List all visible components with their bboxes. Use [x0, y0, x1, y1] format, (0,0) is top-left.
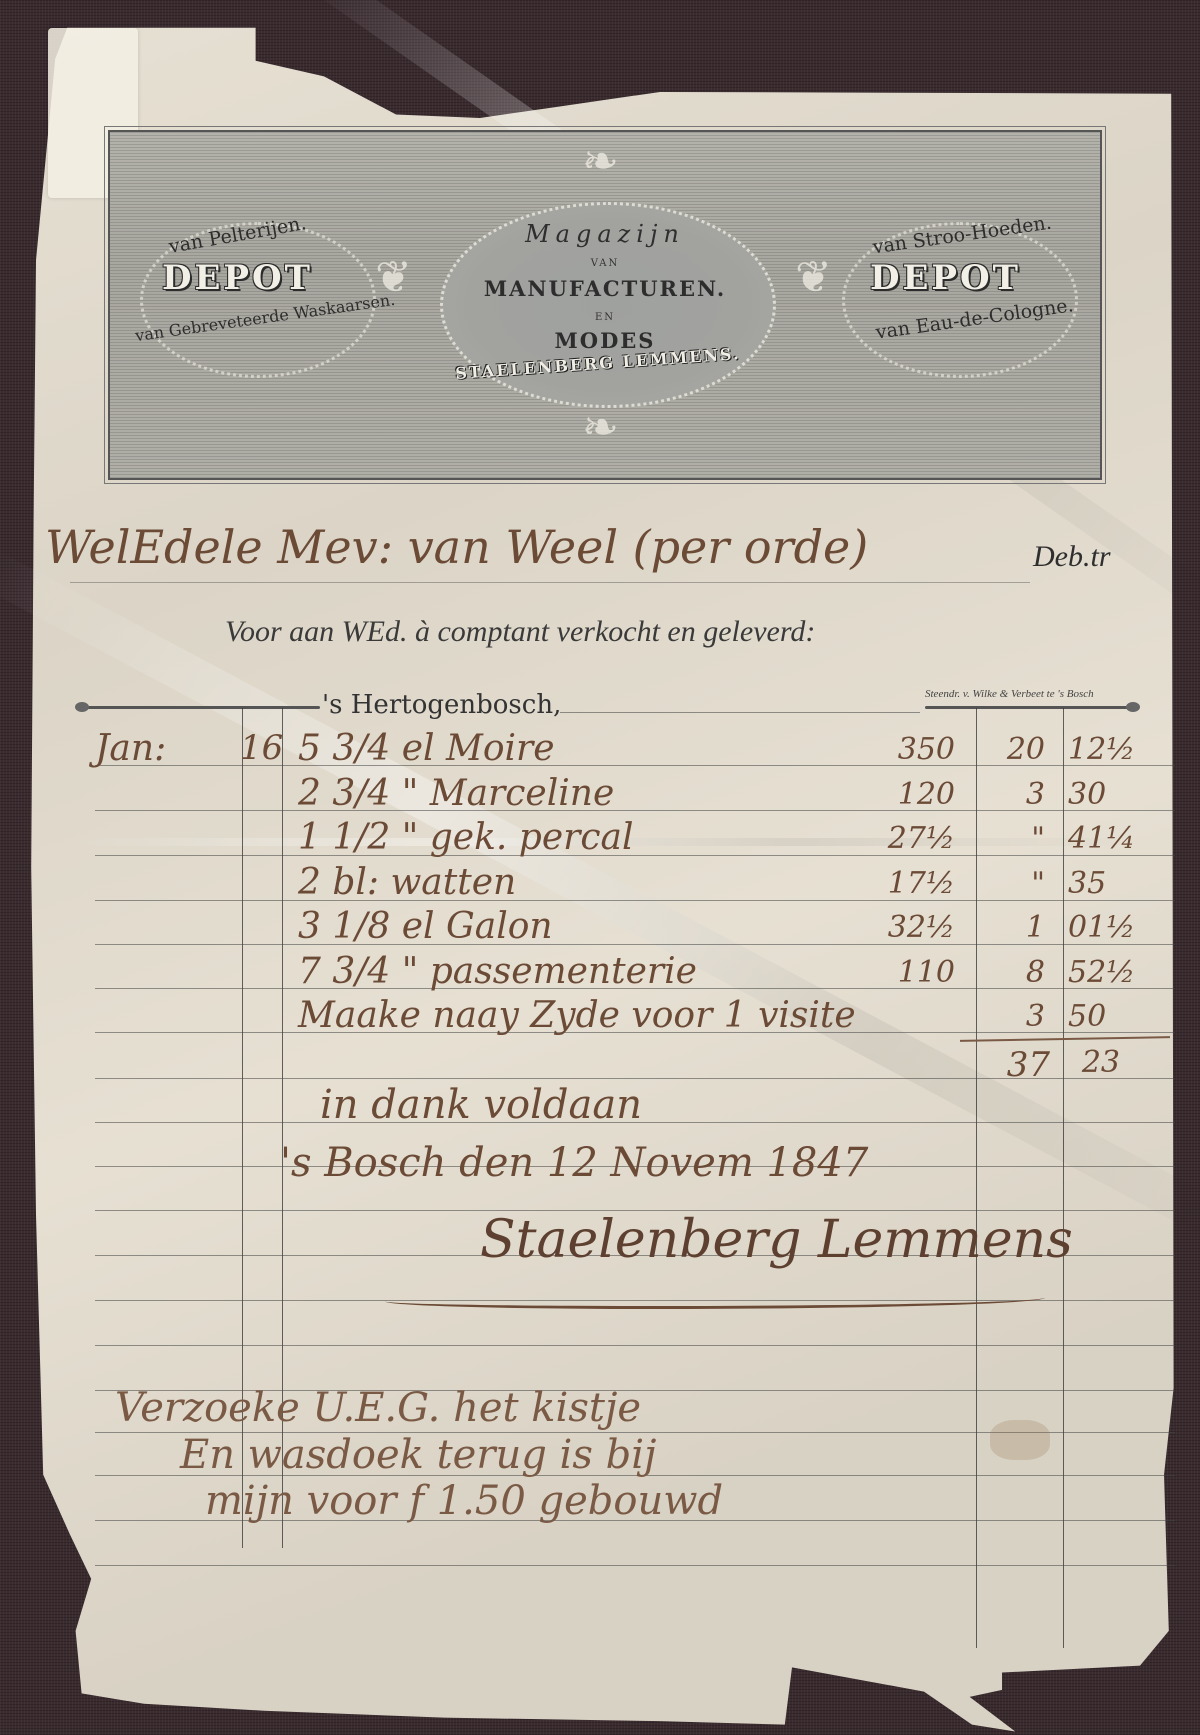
manufacturen-label: MANUFACTUREN. [440, 276, 770, 301]
place-rule [560, 712, 920, 713]
note-line-3: mijn voor f 1.50 gebouwd [205, 1478, 723, 1524]
entry-guilders: " [985, 821, 1045, 856]
entry-guilders: 3 [985, 777, 1045, 812]
entry-guilders: 1 [985, 910, 1045, 945]
ruled-line [95, 1345, 1175, 1346]
entry-price: 32½ [860, 910, 955, 945]
entry-cents: 52½ [1068, 955, 1138, 990]
addressee-line: WelEdele Mev: van Weel (per orde) [45, 520, 868, 574]
entry-cents: 35 [1068, 866, 1138, 901]
entry-description: 1 1/2 " gek. percal [298, 817, 633, 858]
right-depot-title: DEPOT [870, 258, 1021, 298]
total-cents: 23 [1070, 1045, 1120, 1080]
ruled-line [95, 1565, 1175, 1566]
addressee-rule [70, 582, 1030, 583]
magazijn-label: Magazijn [440, 220, 770, 248]
entry-description: 2 bl: watten [298, 862, 516, 903]
total-guilders: 37 [990, 1045, 1050, 1085]
place-label: 's Hertogenbosch, [322, 690, 561, 720]
entry-guilders: " [985, 866, 1045, 901]
entry-guilders: 20 [985, 732, 1045, 767]
entry-description: 2 3/4 " Marceline [298, 773, 614, 814]
left-depot-title: DEPOT [162, 258, 313, 298]
entry-description: 3 1/8 el Galon [298, 906, 553, 947]
cents-column-line [1063, 708, 1064, 1648]
entry-description: 7 3/4 " passementerie [298, 951, 697, 992]
scroll-ornament-icon: ❦ [795, 252, 832, 303]
entry-price: 350 [860, 732, 955, 767]
right-rod-ornament [925, 706, 1130, 709]
entry-price: 17½ [860, 866, 955, 901]
entry-price: 110 [860, 955, 955, 990]
entry-price: 27½ [860, 821, 955, 856]
en-label: EN [440, 312, 770, 323]
entry-guilders: 8 [985, 955, 1045, 990]
note-line-2: En wasdoek terug is bij [180, 1432, 656, 1478]
left-rod-ornament [85, 706, 320, 709]
subtitle: Voor aan WEd. à comptant verkocht en gel… [225, 615, 815, 649]
ink-stain [990, 1420, 1050, 1460]
entry-description: Maake naay Zyde voor 1 visite [298, 995, 856, 1036]
center-title-block: Magazijn VAN MANUFACTUREN. EN MODES [440, 132, 770, 478]
debtor-label: Deb.tr [1033, 540, 1111, 574]
entry-description: 5 3/4 el Moire [298, 728, 555, 769]
entry-cents: 50 [1068, 999, 1138, 1034]
entry-day: 16 [240, 728, 283, 768]
receipt-date-line: 's Bosch den 12 Novem 1847 [280, 1140, 868, 1186]
entry-cents: 41¼ [1068, 821, 1138, 856]
entry-cents: 01½ [1068, 910, 1138, 945]
entry-price: 120 [860, 777, 955, 812]
entry-month: Jan: [95, 728, 166, 769]
note-line-1: Verzoeke U.E.G. het kistje [115, 1385, 641, 1431]
printer-credit: Steendr. v. Wilke & Verbeet te 's Bosch [925, 688, 1094, 700]
guilders-column-line [976, 708, 977, 1648]
signature: Staelenberg Lemmens [480, 1210, 1073, 1270]
entry-guilders: 3 [985, 999, 1045, 1034]
entry-cents: 12½ [1068, 732, 1138, 767]
letterhead-engraving: ❦ ❦ ❧ ❧ van Pelterijen. DEPOT van Gebrev… [108, 130, 1102, 480]
entry-cents: 30 [1068, 777, 1138, 812]
receipt-paid-line: in dank voldaan [320, 1082, 642, 1128]
van-label: VAN [440, 258, 770, 269]
